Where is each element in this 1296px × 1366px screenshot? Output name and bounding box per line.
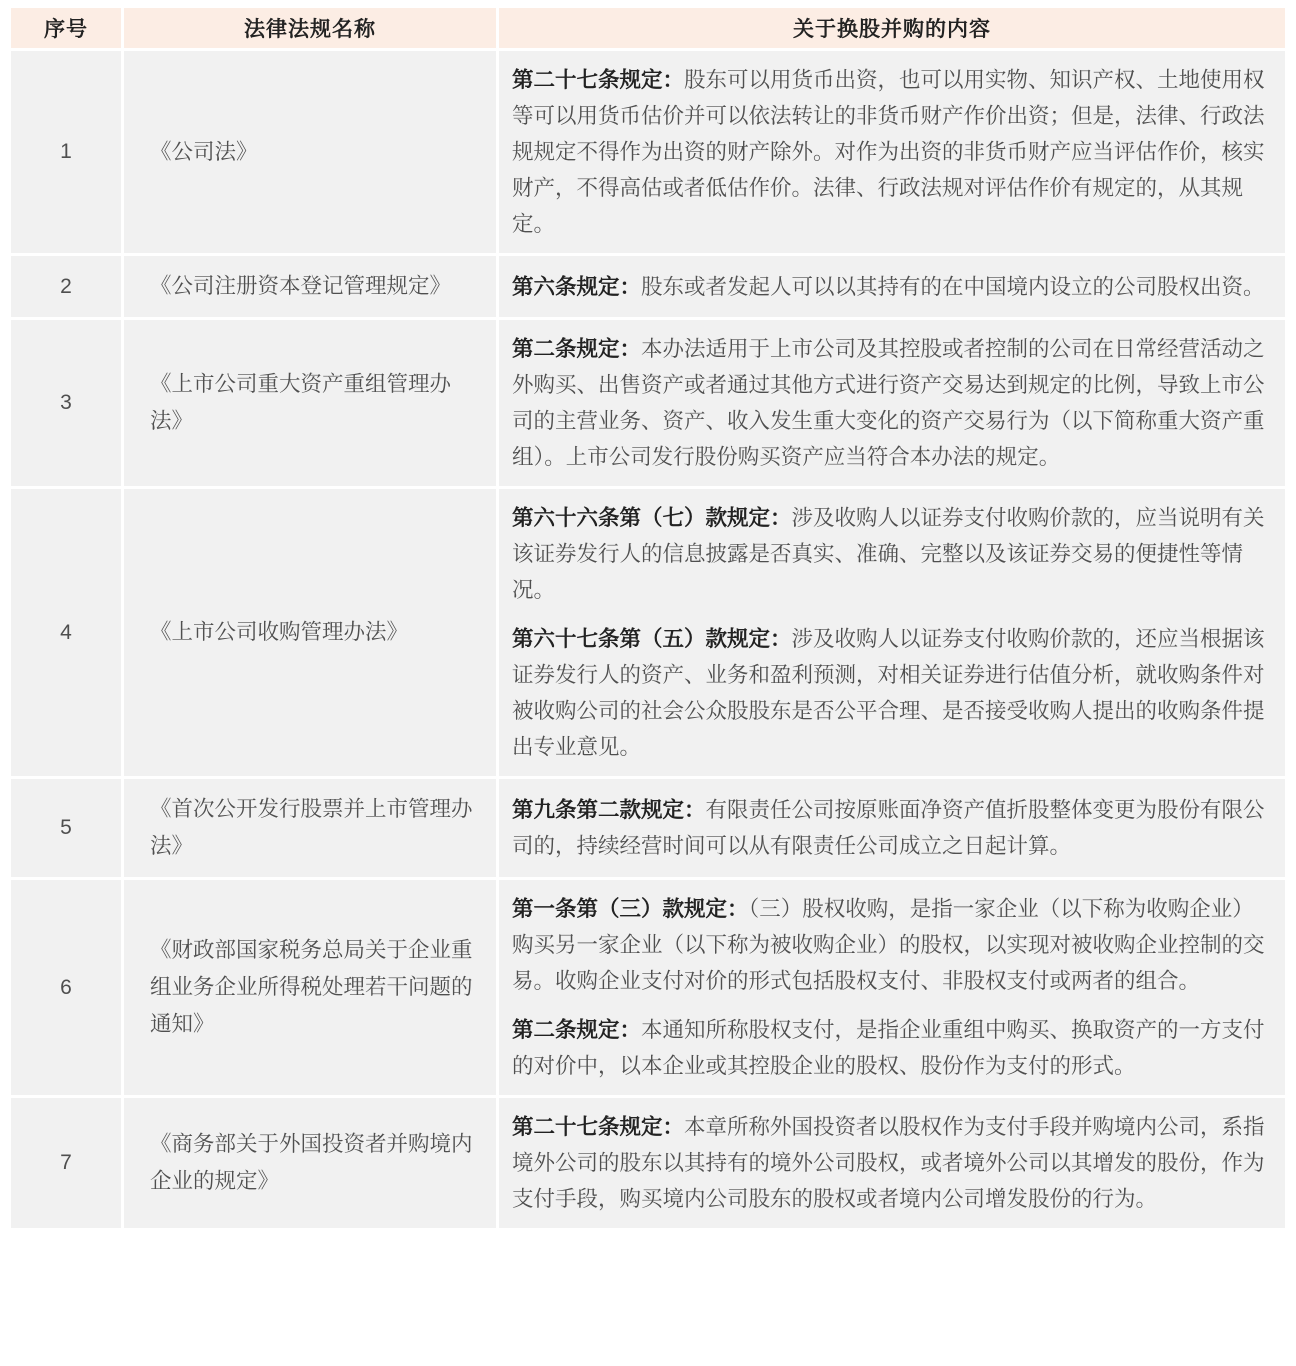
regulation-paragraph: 第六十七条第（五）款规定：涉及收购人以证券支付收购价款的，还应当根据该证券发行人… [512,621,1273,765]
row-number: 2 [11,256,121,317]
regulation-content: 第六条规定：股东或者发起人可以以其持有的在中国境内设立的公司股权出资。 [499,256,1285,317]
regulation-content: 第六十六条第（七）款规定：涉及收购人以证券支付收购价款的，应当说明有关该证券发行… [499,489,1285,776]
regulation-paragraph: 第二条规定：本办法适用于上市公司及其控股或者控制的公司在日常经营活动之外购买、出… [512,331,1273,475]
regulation-paragraph: 第九条第二款规定：有限责任公司按原账面净资产值折股整体变更为股份有限公司的，持续… [512,792,1273,864]
column-header-number: 序号 [11,8,121,48]
regulation-paragraph: 第二十七条规定：股东可以用货币出资，也可以用实物、知识产权、土地使用权等可以用货… [512,62,1273,242]
table-header: 序号 法律法规名称 关于换股并购的内容 [11,8,1285,48]
table-row: 1 《公司法》 第二十七条规定：股东可以用货币出资，也可以用实物、知识产权、土地… [11,51,1285,253]
column-header-content: 关于换股并购的内容 [499,8,1285,48]
clause-lead: 第六十七条第（五）款规定： [512,627,792,651]
regulation-paragraph: 第六十六条第（七）款规定：涉及收购人以证券支付收购价款的，应当说明有关该证券发行… [512,500,1273,608]
table-row: 4 《上市公司收购管理办法》 第六十六条第（七）款规定：涉及收购人以证券支付收购… [11,489,1285,776]
row-number: 3 [11,320,121,486]
clause-lead: 第二十七条规定： [512,1115,684,1139]
laws-regulations-table: 序号 法律法规名称 关于换股并购的内容 1 《公司法》 第二十七条规定：股东可以… [8,5,1288,1231]
law-name: 《上市公司重大资产重组管理办法》 [124,320,496,486]
row-number: 6 [11,880,121,1095]
row-number: 7 [11,1098,121,1228]
clause-lead: 第六条规定： [512,275,641,299]
table-row: 3 《上市公司重大资产重组管理办法》 第二条规定：本办法适用于上市公司及其控股或… [11,320,1285,486]
regulation-content: 第九条第二款规定：有限责任公司按原账面净资产值折股整体变更为股份有限公司的，持续… [499,779,1285,877]
regulation-paragraph: 第二十七条规定：本章所称外国投资者以股权作为支付手段并购境内公司，系指境外公司的… [512,1109,1273,1217]
law-name: 《首次公开发行股票并上市管理办法》 [124,779,496,877]
regulation-paragraph: 第六条规定：股东或者发起人可以以其持有的在中国境内设立的公司股权出资。 [512,269,1273,305]
law-name: 《公司注册资本登记管理规定》 [124,256,496,317]
clause-lead: 第二条规定： [512,1018,641,1042]
row-number: 4 [11,489,121,776]
law-name: 《财政部国家税务总局关于企业重组业务企业所得税处理若干问题的通知》 [124,880,496,1095]
clause-text: 股东可以用货币出资，也可以用实物、知识产权、土地使用权等可以用货币估价并可以依法… [512,68,1265,236]
table-row: 5 《首次公开发行股票并上市管理办法》 第九条第二款规定：有限责任公司按原账面净… [11,779,1285,877]
regulation-paragraph: 第二条规定：本通知所称股权支付，是指企业重组中购买、换取资产的一方支付的对价中，… [512,1012,1273,1084]
law-name: 《公司法》 [124,51,496,253]
page: 序号 法律法规名称 关于换股并购的内容 1 《公司法》 第二十七条规定：股东可以… [0,0,1296,1239]
row-number: 5 [11,779,121,877]
regulation-content: 第一条第（三）款规定：（三）股权收购，是指一家企业（以下称为收购企业）购买另一家… [499,880,1285,1095]
law-name: 《上市公司收购管理办法》 [124,489,496,776]
clause-lead: 第一条第（三）款规定： [512,897,749,921]
clause-lead: 第二条规定： [512,337,641,361]
clause-text: 股东或者发起人可以以其持有的在中国境内设立的公司股权出资。 [641,275,1265,299]
table-row: 7 《商务部关于外国投资者并购境内企业的规定》 第二十七条规定：本章所称外国投资… [11,1098,1285,1228]
regulation-content: 第二十七条规定：本章所称外国投资者以股权作为支付手段并购境内公司，系指境外公司的… [499,1098,1285,1228]
law-name: 《商务部关于外国投资者并购境内企业的规定》 [124,1098,496,1228]
clause-lead: 第二十七条规定： [512,68,684,92]
regulation-paragraph: 第一条第（三）款规定：（三）股权收购，是指一家企业（以下称为收购企业）购买另一家… [512,891,1273,999]
table-row: 2 《公司注册资本登记管理规定》 第六条规定：股东或者发起人可以以其持有的在中国… [11,256,1285,317]
clause-lead: 第六十六条第（七）款规定： [512,506,792,530]
clause-lead: 第九条第二款规定： [512,798,706,822]
header-row: 序号 法律法规名称 关于换股并购的内容 [11,8,1285,48]
column-header-law-name: 法律法规名称 [124,8,496,48]
row-number: 1 [11,51,121,253]
regulation-content: 第二条规定：本办法适用于上市公司及其控股或者控制的公司在日常经营活动之外购买、出… [499,320,1285,486]
table-row: 6 《财政部国家税务总局关于企业重组业务企业所得税处理若干问题的通知》 第一条第… [11,880,1285,1095]
regulation-content: 第二十七条规定：股东可以用货币出资，也可以用实物、知识产权、土地使用权等可以用货… [499,51,1285,253]
table-body: 1 《公司法》 第二十七条规定：股东可以用货币出资，也可以用实物、知识产权、土地… [11,51,1285,1228]
